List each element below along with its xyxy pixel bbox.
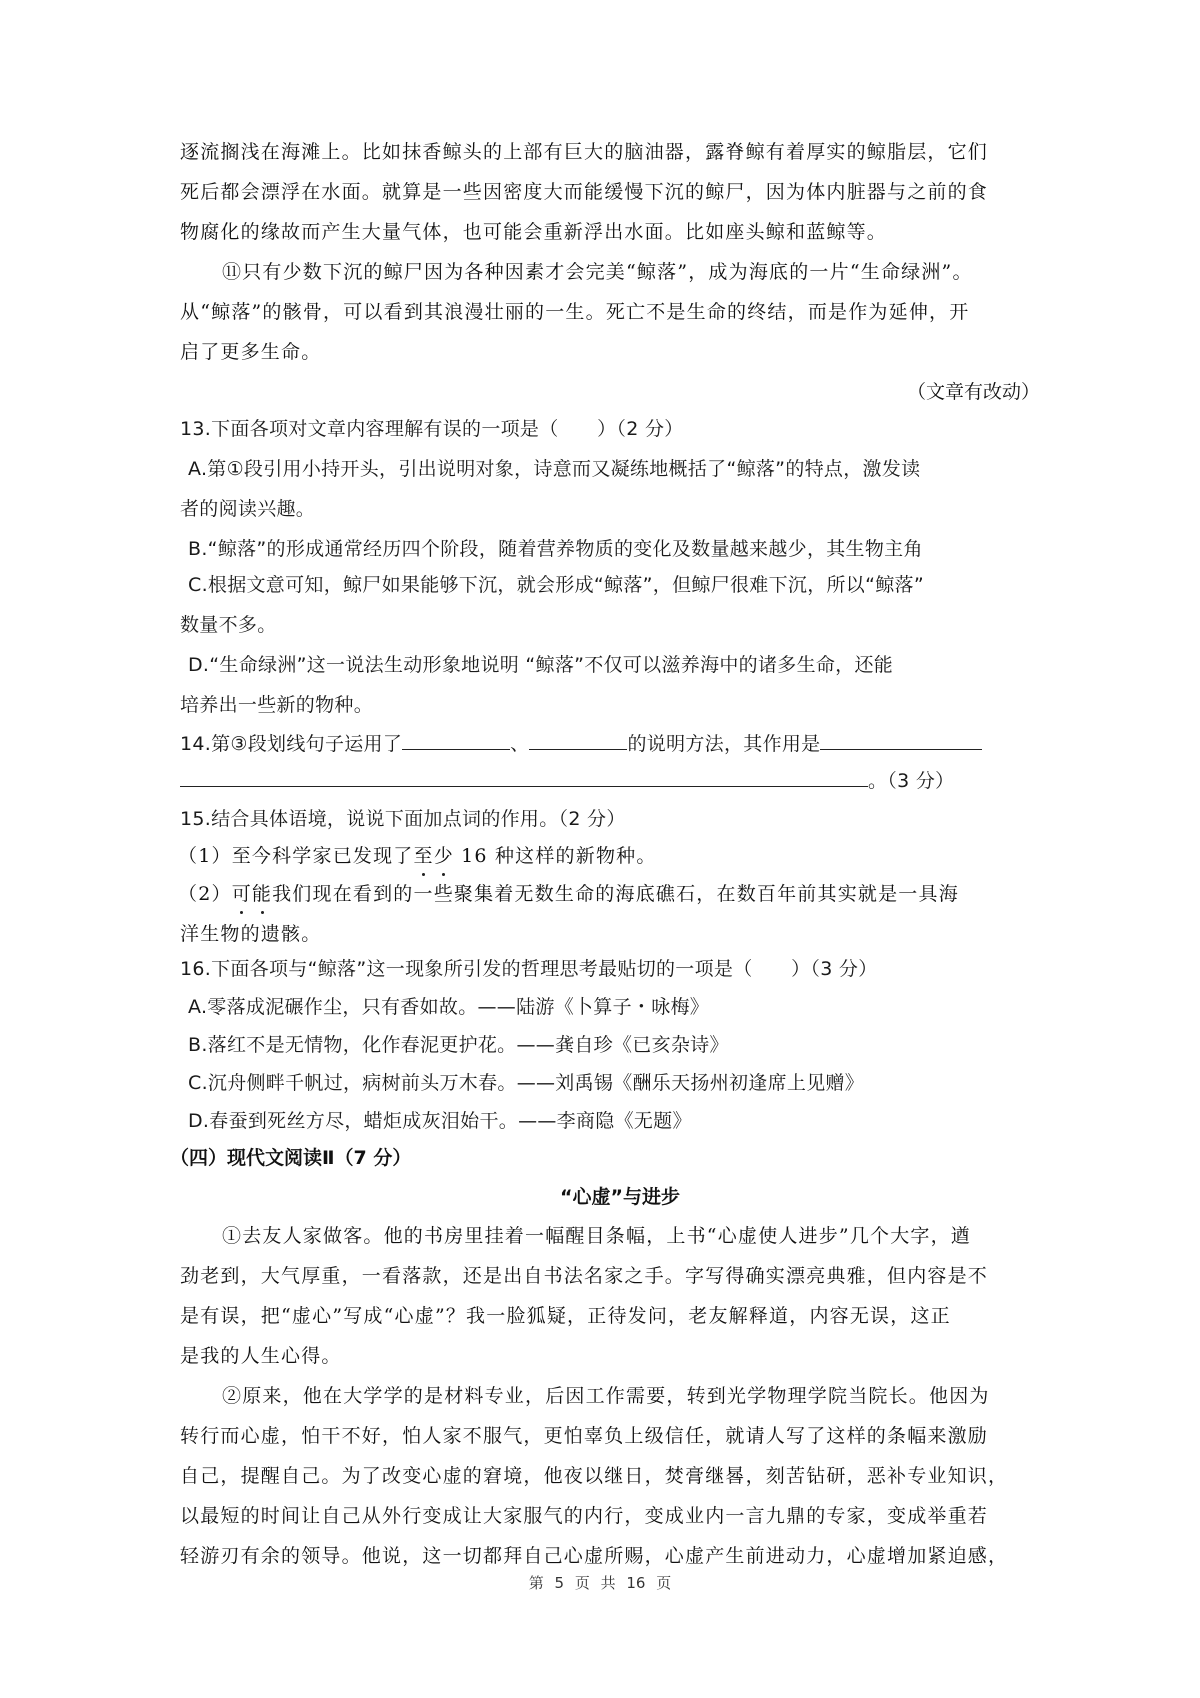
q13-option-a-cont: 者的阅读兴趣。 <box>180 495 1030 523</box>
article-line: ①去友人家做客。他的书房里挂着一幅醒目条幅，上书“心虚使人进步”几个大字，遒 <box>222 1222 1072 1250</box>
q15-item-2-suffix: 我们现在看到的一些聚集着无数生命的海底礁石，在数百年前其实就是一具海 <box>272 883 959 905</box>
q14-text-part2: 的说明方法，其作用是 <box>627 733 820 755</box>
source-note: （文章有改动） <box>907 378 1040 406</box>
q13-option-a: A.第①段引用小持开头，引出说明对象，诗意而又凝练地概括了“鲸落”的特点，激发读 <box>188 455 1038 483</box>
passage-line: 从“鲸落”的骸骨，可以看到其浪漫壮丽的一生。死亡不是生命的终结，而是作为延伸，开 <box>180 298 1030 326</box>
question-15-stem: 15.结合具体语境，说说下面加点词的作用。（2 分） <box>180 805 1030 833</box>
q14-separator: 、 <box>510 733 529 755</box>
passage-line: 启了更多生命。 <box>180 338 1030 366</box>
q15-item-2: （2）可能我们现在看到的一些聚集着无数生命的海底礁石，在数百年前其实就是一具海 <box>178 880 1028 908</box>
article-line: 以最短的时间让自己从外行变成让大家服气的内行，变成业内一言九鼎的专家，变成举重若 <box>180 1502 1030 1530</box>
question-14: 14.第③段划线句子运用了、的说明方法，其作用是 <box>180 729 1030 758</box>
q15-item-1-prefix: （1）至今科学家已发现了 <box>178 845 414 867</box>
article-line: 转行而心虚，怕干不好，怕人家不服气，更怕辜负上级信任，就请人写了这样的条幅来激励 <box>180 1422 1030 1450</box>
article-line: 劲老到，大气厚重，一看落款，还是出自书法名家之手。字写得确实漂亮典雅，但内容是不 <box>180 1262 1030 1290</box>
article-line: 自己，提醒自己。为了改变心虚的窘境，他夜以继日，焚膏继晷，刻苦钻研，恶补专业知识… <box>180 1462 1030 1490</box>
q16-option-d: D.春蚕到死丝方尽，蜡炬成灰泪始干。——李商隐《无题》 <box>188 1107 1038 1135</box>
exam-page: 逐流搁浅在海滩上。比如抹香鲸头的上部有巨大的脑油器，露脊鲸有着厚实的鲸脂层，它们… <box>0 0 1200 1698</box>
article-line: 轻游刃有余的领导。他说，这一切都拜自己心虚所赐，心虚产生前进动力，心虚增加紧迫感… <box>180 1542 1030 1570</box>
q14-answer-blank-4[interactable] <box>180 766 868 787</box>
article-line: 是有误，把“虚心”写成“心虚”？我一脸狐疑，正待发问，老友解释道，内容无误，这正 <box>180 1302 1030 1330</box>
passage-line: 物腐化的缘故而产生大量气体，也可能会重新浮出水面。比如座头鲸和蓝鲸等。 <box>180 218 1030 246</box>
passage-line: 逐流搁浅在海滩上。比如抹香鲸头的上部有巨大的脑油器，露脊鲸有着厚实的鲸脂层，它们 <box>180 138 1030 166</box>
passage-line: 死后都会漂浮在水面。就算是一些因密度大而能缓慢下沉的鲸尸，因为体内脏器与之前的食 <box>180 178 1030 206</box>
q14-answer-blank-1[interactable] <box>402 729 510 750</box>
q15-item-2-cont: 洋生物的遗骸。 <box>180 920 1030 948</box>
q13-option-b: B.“鲸落”的形成通常经历四个阶段，随着营养物质的变化及数量越来越少，其生物主角 <box>188 535 1038 563</box>
dotted-char: 可 <box>232 880 252 908</box>
q13-option-c-cont: 数量不多。 <box>180 611 1030 639</box>
question-13-stem: 13.下面各项对文章内容理解有误的一项是（ ）（2 分） <box>180 415 1030 443</box>
article-title: “心虚”与进步 <box>20 1183 1200 1211</box>
question-16-stem: 16.下面各项与“鲸落”这一现象所引发的哲理思考最贴切的一项是（ ）（3 分） <box>180 955 1030 983</box>
q16-option-a: A.零落成泥碾作尘，只有香如故。——陆游《卜算子・咏梅》 <box>188 993 1038 1021</box>
dotted-char: 至 <box>414 842 434 870</box>
q15-item-2-prefix: （2） <box>178 883 232 905</box>
dotted-char: 少 <box>434 842 454 870</box>
section-heading: （四）现代文阅读Ⅱ（7 分） <box>170 1144 411 1172</box>
article-line: ②原来，他在大学学的是材料专业，后因工作需要，转到光学物理学院当院长。他因为 <box>222 1382 1072 1410</box>
article-line: 是我的人生心得。 <box>180 1342 1030 1370</box>
q15-item-1: （1）至今科学家已发现了至少 16 种这样的新物种。 <box>178 842 1028 870</box>
q13-option-d: D.“生命绿洲”这一说法生动形象地说明 “鲸落”不仅可以滋养海中的诸多生命，还能 <box>188 651 1038 679</box>
passage-line: ⑪只有少数下沉的鲸尸因为各种因素才会完美“鲸落”，成为海底的一片“生命绿洲”。 <box>222 258 1072 286</box>
q16-option-c: C.沉舟侧畔千帆过，病树前头万木春。——刘禹锡《酬乐天扬州初逢席上见赠》 <box>188 1069 1038 1097</box>
q14-answer-blank-3[interactable] <box>820 729 982 750</box>
dotted-char: 能 <box>252 880 272 908</box>
question-14-cont: 。（3 分） <box>180 766 1030 795</box>
page-number: 第 5 页 共 16 页 <box>0 1572 1200 1593</box>
q14-score: 。（3 分） <box>868 770 954 792</box>
q16-option-b: B.落红不是无情物，化作春泥更护花。——龚自珍《已亥杂诗》 <box>188 1031 1038 1059</box>
q14-text-part1: 14.第③段划线句子运用了 <box>180 733 402 755</box>
q13-option-c: C.根据文意可知，鲸尸如果能够下沉，就会形成“鲸落”，但鲸尸很难下沉，所以“鲸落… <box>188 571 1038 599</box>
q14-answer-blank-2[interactable] <box>529 729 627 750</box>
q15-item-1-suffix: 16 种这样的新物种。 <box>454 845 657 867</box>
q13-option-d-cont: 培养出一些新的物种。 <box>180 691 1030 719</box>
